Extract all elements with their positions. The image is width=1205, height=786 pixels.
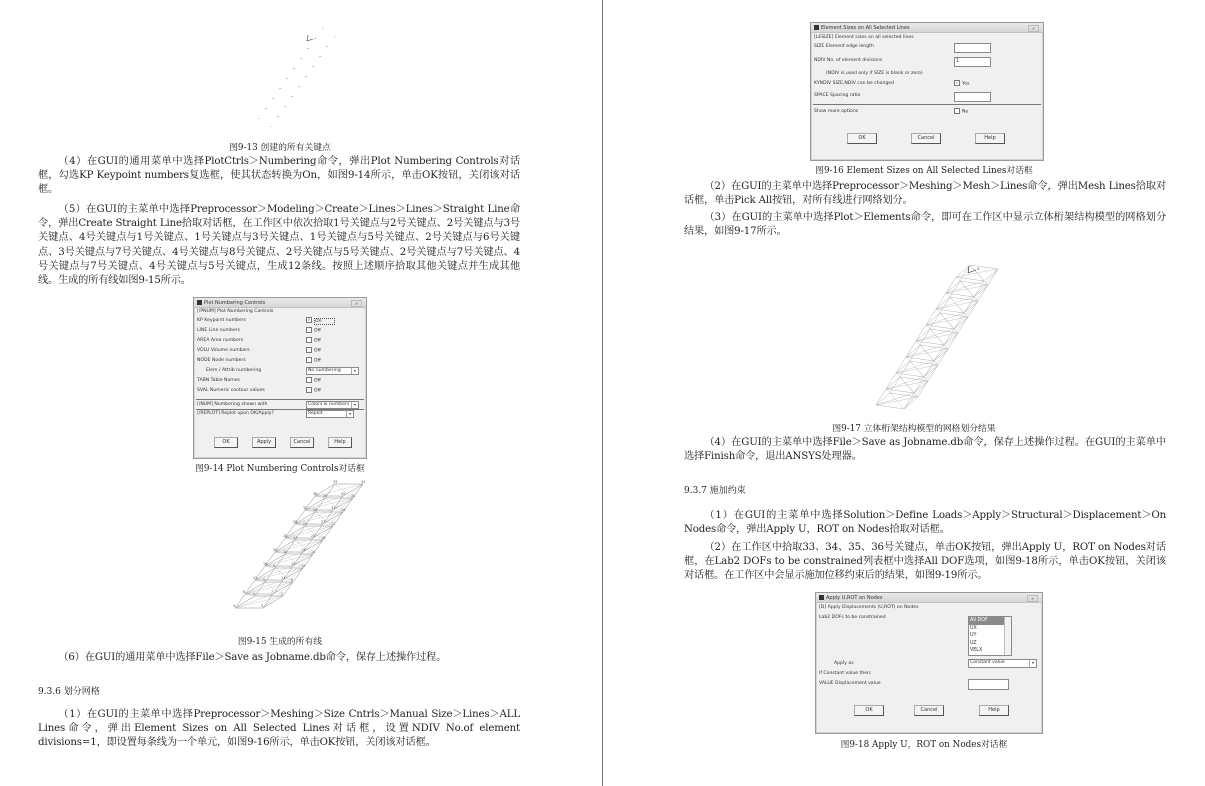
apply-as-select[interactable]: Constant value▾ [968, 659, 1037, 668]
select-value: Replot [308, 411, 323, 416]
element-sizes-dialog: Element Sizes on All Selected Lines ✕ [L… [810, 22, 1044, 161]
separator [813, 104, 1041, 105]
svg-text:19: 19 [301, 548, 305, 552]
checkbox-label: Off [314, 379, 321, 384]
option-label: TABN Table Names [197, 378, 240, 383]
help-button[interactable]: Help [328, 437, 352, 448]
close-icon[interactable]: ✕ [1028, 25, 1039, 32]
option-label: VOLU Volume numbers [197, 348, 250, 353]
option-checkbox[interactable]: ✓On [306, 317, 335, 324]
more-options-checkbox[interactable]: No [954, 108, 968, 115]
checkbox-label: Yes [962, 82, 969, 87]
svg-text:": " [322, 27, 324, 31]
section-heading: 9.3.7 施加约束 [684, 483, 746, 496]
svg-text:14: 14 [311, 550, 315, 554]
svg-text:31: 31 [331, 506, 335, 510]
svg-text:28: 28 [293, 520, 297, 524]
svg-text:10: 10 [301, 564, 305, 568]
svg-text:23: 23 [311, 534, 315, 538]
size-label: SIZE Element edge length [814, 44, 874, 49]
option-checkbox[interactable]: Off [306, 347, 321, 354]
close-icon[interactable]: ✕ [351, 300, 362, 307]
svg-text:27: 27 [321, 520, 325, 524]
if-constant-label: If Constant value then: [819, 671, 872, 676]
num-label: [/NUM] Numbering shown with [197, 402, 267, 407]
select-value: Constant value [970, 660, 1005, 665]
chevron-down-icon: ▾ [346, 411, 353, 417]
paragraph: （2）在GUI的主菜单中选择Preprocessor＞Meshing＞Mesh＞… [684, 180, 1166, 208]
separator [196, 399, 364, 400]
numbering-shown-select[interactable]: Colors & numbers▾ [306, 401, 359, 409]
option-checkbox[interactable]: Off [306, 387, 321, 394]
option-checkbox[interactable]: Off [306, 357, 321, 364]
svg-text:4: 4 [233, 604, 235, 608]
figure-9-17-mesh-result: x [872, 255, 984, 415]
svg-text:33: 33 [333, 480, 337, 484]
ndiv-note: (NDIV is used only if SIZE is blank or z… [826, 71, 923, 76]
ansys-app-icon [197, 300, 202, 305]
dialog-titlebar: Element Sizes on All Selected Lines ✕ [811, 23, 1043, 33]
svg-text:1: 1 [253, 592, 255, 596]
svg-text:5: 5 [263, 578, 265, 582]
checkbox-label: Off [314, 349, 321, 354]
svg-text:21: 21 [303, 522, 307, 526]
apply-as-label: Apply as [834, 661, 854, 666]
svg-text:13: 13 [283, 550, 287, 554]
checkbox-unchecked-icon [954, 108, 960, 114]
svg-text:18: 18 [321, 536, 325, 540]
figure-caption: 图9-14 Plot Numbering Controls对话框 [180, 461, 380, 474]
right-page: Element Sizes on All Selected Lines ✕ [L… [604, 0, 1205, 786]
figure-caption: 图9-13 创建的所有关键点 [210, 140, 350, 153]
svg-text:": " [334, 35, 336, 39]
checkbox-label: On [314, 318, 335, 325]
page-divider [602, 0, 603, 786]
dialog-header: [LESIZE] Element sizes on all selected l… [814, 35, 914, 40]
svg-text:8: 8 [243, 590, 245, 594]
cancel-button[interactable]: Cancel [290, 437, 314, 448]
svg-text:34: 34 [361, 480, 365, 484]
replot-select[interactable]: Replot▾ [306, 410, 354, 418]
svg-text:29: 29 [323, 494, 327, 498]
chevron-down-icon: ▾ [351, 368, 358, 374]
svg-text:": " [258, 117, 260, 121]
paragraph: （5）在GUI的主菜单中选择Preprocessor＞Modeling＞Crea… [38, 203, 520, 288]
option-checkbox[interactable]: Off [306, 337, 321, 344]
svg-text:x: x [977, 266, 980, 271]
apply-button[interactable]: Apply [252, 437, 276, 448]
checkbox-unchecked-icon [306, 357, 312, 363]
checkbox-checked-icon: ✓ [306, 317, 312, 323]
svg-text:6: 6 [291, 578, 293, 582]
select-value: No numbering [308, 368, 341, 373]
figure-9-13-keypoints: """""""""""""""""""""""""""""""""""" [250, 25, 330, 130]
svg-text:32: 32 [303, 506, 307, 510]
close-icon[interactable]: ✕ [1027, 595, 1038, 602]
checkbox-label: Off [314, 329, 321, 334]
paragraph: （1）在GUI的主菜单中选择Solution＞Define Loads＞Appl… [684, 509, 1166, 537]
svg-text:15: 15 [291, 562, 295, 566]
figure-caption: 图9-16 Element Sizes on All Selected Line… [774, 163, 1074, 176]
option-label: Elem / Attrib numbering [206, 368, 261, 373]
figure-caption: 图9-18 Apply U，ROT on Nodes对话框 [804, 737, 1044, 750]
apply-u-rot-dialog: Apply U,ROT on Nodes ✕ [D] Apply Displac… [815, 592, 1043, 734]
left-page: """""""""""""""""""""""""""""""""""" 图9-… [0, 0, 602, 786]
paragraph: （4）在GUI的主菜单中选择File＞Save as Jobname.db命令，… [684, 436, 1166, 464]
option-label: AREA Area numbers [197, 338, 243, 343]
lab2-label: Lab2 DOFs to be constrained [819, 615, 886, 620]
checkbox-unchecked-icon [306, 347, 312, 353]
checkbox-unchecked-icon [306, 327, 312, 333]
cancel-button[interactable]: Cancel [911, 133, 941, 144]
checkbox-label: Off [314, 359, 321, 364]
svg-text:9: 9 [273, 564, 275, 568]
option-label: KP Keypoint numbers [197, 318, 246, 323]
figure-caption: 图9-15 生成的所有线 [200, 634, 360, 647]
ansys-app-icon [819, 595, 824, 600]
ok-button[interactable]: OK [847, 133, 877, 144]
svg-text:12: 12 [253, 576, 257, 580]
svg-text:30: 30 [351, 494, 355, 498]
svg-text:26: 26 [341, 508, 345, 512]
ndiv-label: NDIV No. of element divisions [814, 58, 882, 63]
option-label: LINE Line numbers [197, 328, 240, 333]
dialog-titlebar: Apply U,ROT on Nodes ✕ [816, 593, 1042, 603]
ansys-app-icon [814, 25, 819, 30]
kyndiv-checkbox[interactable]: ✓Yes [954, 80, 969, 87]
paragraph: （3）在GUI的主菜单中选择Plot＞Elements命令，即可在工作区中显示立… [684, 211, 1166, 239]
svg-text:": " [270, 125, 272, 129]
dialog-header: [/PNUM] Plot Numbering Controls [197, 309, 273, 314]
space-label: SPACE Spacing ratio [814, 93, 860, 98]
dialog-titlebar: Plot Numbering Controls ✕ [194, 298, 366, 308]
checkbox-label: No [962, 110, 968, 115]
svg-text:11: 11 [281, 576, 285, 580]
figure-9-15-truss-lines: 4321876512111091615141320191817242322212… [225, 478, 340, 628]
checkbox-label: Off [314, 339, 321, 344]
option-label: NODE Node numbers [197, 358, 246, 363]
svg-text:36: 36 [313, 492, 317, 496]
replot-label: [/REPLOT] Replot upon OK/Apply? [197, 411, 274, 416]
svg-text:35: 35 [341, 492, 345, 496]
ndiv-input[interactable]: 1 [954, 57, 991, 67]
svg-text:25: 25 [313, 508, 317, 512]
option-checkbox[interactable]: Off [306, 327, 321, 334]
plot-numbering-controls-dialog: Plot Numbering Controls ✕ [/PNUM] Plot N… [193, 297, 367, 459]
value-label: VALUE Displacement value [819, 681, 881, 686]
size-input[interactable] [954, 43, 991, 53]
checkbox-unchecked-icon [306, 387, 312, 393]
checkbox-unchecked-icon [306, 377, 312, 383]
svg-text:24: 24 [283, 534, 287, 538]
select-value: Colors & numbers [308, 402, 349, 407]
paragraph: （4）在GUI的通用菜单中选择PlotCtrls＞Numbering命令，弹出P… [38, 155, 520, 198]
chevron-down-icon: ▾ [351, 402, 358, 408]
dialog-title: Plot Numbering Controls [204, 300, 265, 306]
svg-text:3: 3 [261, 604, 263, 608]
paragraph: （2）在工作区中拾取33、34、35、36号关键点，单击OK按钮，弹出Apply… [684, 541, 1166, 584]
cancel-button[interactable]: Cancel [914, 705, 944, 716]
svg-text:20: 20 [273, 548, 277, 552]
displacement-value-input[interactable] [968, 679, 1009, 690]
elem-attrib-select[interactable]: No numbering▾ [306, 367, 359, 375]
dialog-title: Apply U,ROT on Nodes [826, 595, 882, 601]
chevron-down-icon: ▾ [1029, 660, 1036, 667]
more-options-label: Show more options [814, 109, 858, 114]
option-checkbox[interactable]: Off [306, 377, 321, 384]
dialog-title: Element Sizes on All Selected Lines [821, 25, 910, 31]
kyndiv-label: KYNDIV SIZE,NDIV can be changed [814, 81, 894, 86]
help-button[interactable]: Help [975, 133, 1005, 144]
svg-text:2: 2 [281, 592, 283, 596]
ok-button[interactable]: OK [214, 437, 238, 448]
dialog-header: [D] Apply Displacements (U,ROT) on Nodes [819, 605, 919, 610]
dof-listbox[interactable]: All DOFUXUYUZVELX [968, 616, 1012, 656]
figure-caption: 图9-17 立体桁架结构模型的网格划分结果 [814, 421, 1014, 434]
paragraph: （1）在GUI的主菜单中选择Preprocessor＞Meshing＞Size … [38, 708, 520, 751]
svg-text:22: 22 [331, 522, 335, 526]
checkbox-checked-icon: ✓ [954, 80, 960, 86]
space-input[interactable] [954, 92, 991, 102]
option-label: SVAL Numeric contour values [197, 388, 265, 393]
svg-text:7: 7 [271, 590, 273, 594]
checkbox-label: Off [314, 389, 321, 394]
section-heading: 9.3.6 划分网格 [38, 684, 100, 697]
scrollbar[interactable] [1004, 617, 1011, 655]
svg-text:17: 17 [293, 536, 297, 540]
checkbox-unchecked-icon [306, 337, 312, 343]
ok-button[interactable]: OK [854, 705, 884, 716]
help-button[interactable]: Help [979, 705, 1009, 716]
svg-text:16: 16 [263, 562, 267, 566]
paragraph: （6）在GUI的通用菜单中选择File＞Save as Jobname.db命令… [38, 651, 520, 665]
